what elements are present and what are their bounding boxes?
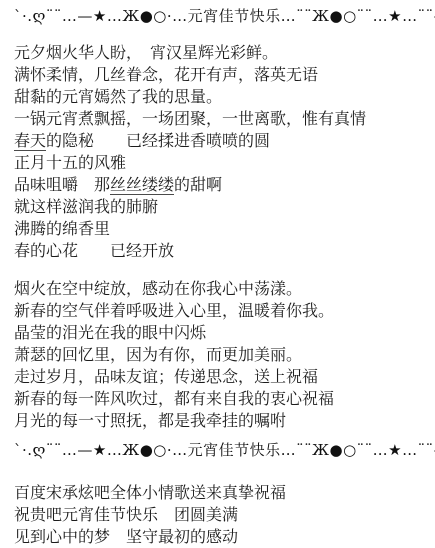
- poem-line: 春天的隐秘 已经揉进香喷喷的圆: [14, 130, 427, 152]
- poem-line: 品味咀嚼 那丝丝缕缕的甜啊: [14, 174, 427, 196]
- poem-line: 就这样滋润我的肺腑: [14, 196, 427, 218]
- poem-line: 新春的空气伴着呼吸进入心里，温暖着你我。: [14, 300, 427, 322]
- text-segment: 正月十五的风雅: [14, 153, 126, 172]
- text-segment: 新春的每一阵风吹过，都有来自我的衷心祝福: [14, 389, 334, 408]
- document-page: `·.ღ¨¨…—★…Ж●○·…元宵佳节快乐…¨¨Ж●○¨¨…★…¨¨—ღ`·. …: [0, 0, 435, 548]
- text-segment: 春的心花 已经开放: [14, 241, 174, 260]
- poem-stanza-1: 元夕烟火华人盼， 宵汉星辉光彩鲜。满怀柔情，几丝眷念，花开有声，落英无语甜黏的元…: [14, 42, 427, 262]
- poem-line: 烟火在空中绽放，感动在你我心中荡漾。: [14, 278, 427, 300]
- poem-line: 元夕烟火华人盼， 宵汉星辉光彩鲜。: [14, 42, 427, 64]
- poem-line: 走过岁月，品味友谊；传递思念，送上祝福: [14, 366, 427, 388]
- poem-stanza-2: 烟火在空中绽放，感动在你我心中荡漾。新春的空气伴着呼吸进入心里，温暖着你我。晶莹…: [14, 278, 427, 432]
- poem-line: 满怀柔情，几丝眷念，花开有声，落英无语: [14, 64, 427, 86]
- poem-line: 祝贵吧元宵佳节快乐 团圆美满: [14, 504, 427, 526]
- text-segment: 元夕烟火华人盼， 宵汉星辉光彩鲜。: [14, 43, 278, 62]
- text-segment: 走过岁月，品味友谊；传递思念，送上祝福: [14, 367, 318, 386]
- decorative-divider-bottom: `·.ღ¨¨…—★…Ж●○·…元宵佳节快乐…¨¨Ж●○¨¨…★…¨¨—ღ`·.: [14, 442, 427, 458]
- poem-line: 正月十五的风雅: [14, 152, 427, 174]
- signature-stanza: 百度宋承炫吧全体小情歌送来真挚祝福祝贵吧元宵佳节快乐 团圆美满见到心中的梦 坚守…: [14, 482, 427, 548]
- text-segment: 祝贵吧元宵佳节快乐 团圆美满: [14, 505, 238, 524]
- underlined-phrase: 丝丝缕缕: [110, 175, 174, 195]
- poem-line: 月光的每一寸照抚，都是我牵挂的嘱咐: [14, 410, 427, 432]
- poem-line: 新春的每一阵风吹过，都有来自我的衷心祝福: [14, 388, 427, 410]
- text-segment: 的甜啊: [174, 175, 222, 194]
- text-segment: 见到心中的梦 坚守最初的感动: [14, 527, 238, 546]
- text-segment: 沸腾的绵香里: [14, 219, 110, 238]
- text-segment: 新春的空气伴着呼吸进入心里，温暖着你我。: [14, 301, 334, 320]
- underlined-phrase: 春天: [14, 131, 46, 151]
- text-segment: 百度宋承炫吧全体小情歌送来真挚祝福: [14, 483, 286, 502]
- decorative-divider-top: `·.ღ¨¨…—★…Ж●○·…元宵佳节快乐…¨¨Ж●○¨¨…★…¨¨—ღ`·.: [14, 8, 427, 24]
- text-segment: 烟火在空中绽放，感动在你我心中荡漾。: [14, 279, 302, 298]
- poem-line: 甜黏的元宵嫣然了我的思量。: [14, 86, 427, 108]
- text-segment: 满怀柔情，几丝眷念，花开有声，落英无语: [14, 65, 318, 84]
- poem-line: 沸腾的绵香里: [14, 218, 427, 240]
- text-segment: 一锅元宵煮飘摇，一场团聚，一世离歌，惟有真情: [14, 109, 366, 128]
- poem-line: 见到心中的梦 坚守最初的感动: [14, 526, 427, 548]
- text-segment: 就这样滋润我的肺腑: [14, 197, 158, 216]
- poem-line: 萧瑟的回忆里，因为有你，而更加美丽。: [14, 344, 427, 366]
- poem-line: 春的心花 已经开放: [14, 240, 427, 262]
- text-segment: 品味咀嚼 那: [14, 175, 110, 194]
- poem-line: 百度宋承炫吧全体小情歌送来真挚祝福: [14, 482, 427, 504]
- text-segment: 月光的每一寸照抚，都是我牵挂的嘱咐: [14, 411, 286, 430]
- text-segment: 的隐秘 已经揉进香喷喷的圆: [46, 131, 270, 150]
- text-segment: 晶莹的泪光在我的眼中闪烁: [14, 323, 206, 342]
- text-segment: 甜黏的元宵嫣然了我的思量。: [14, 87, 222, 106]
- poem-line: 一锅元宵煮飘摇，一场团聚，一世离歌，惟有真情: [14, 108, 427, 130]
- poem-line: 晶莹的泪光在我的眼中闪烁: [14, 322, 427, 344]
- text-segment: 萧瑟的回忆里，因为有你，而更加美丽。: [14, 345, 302, 364]
